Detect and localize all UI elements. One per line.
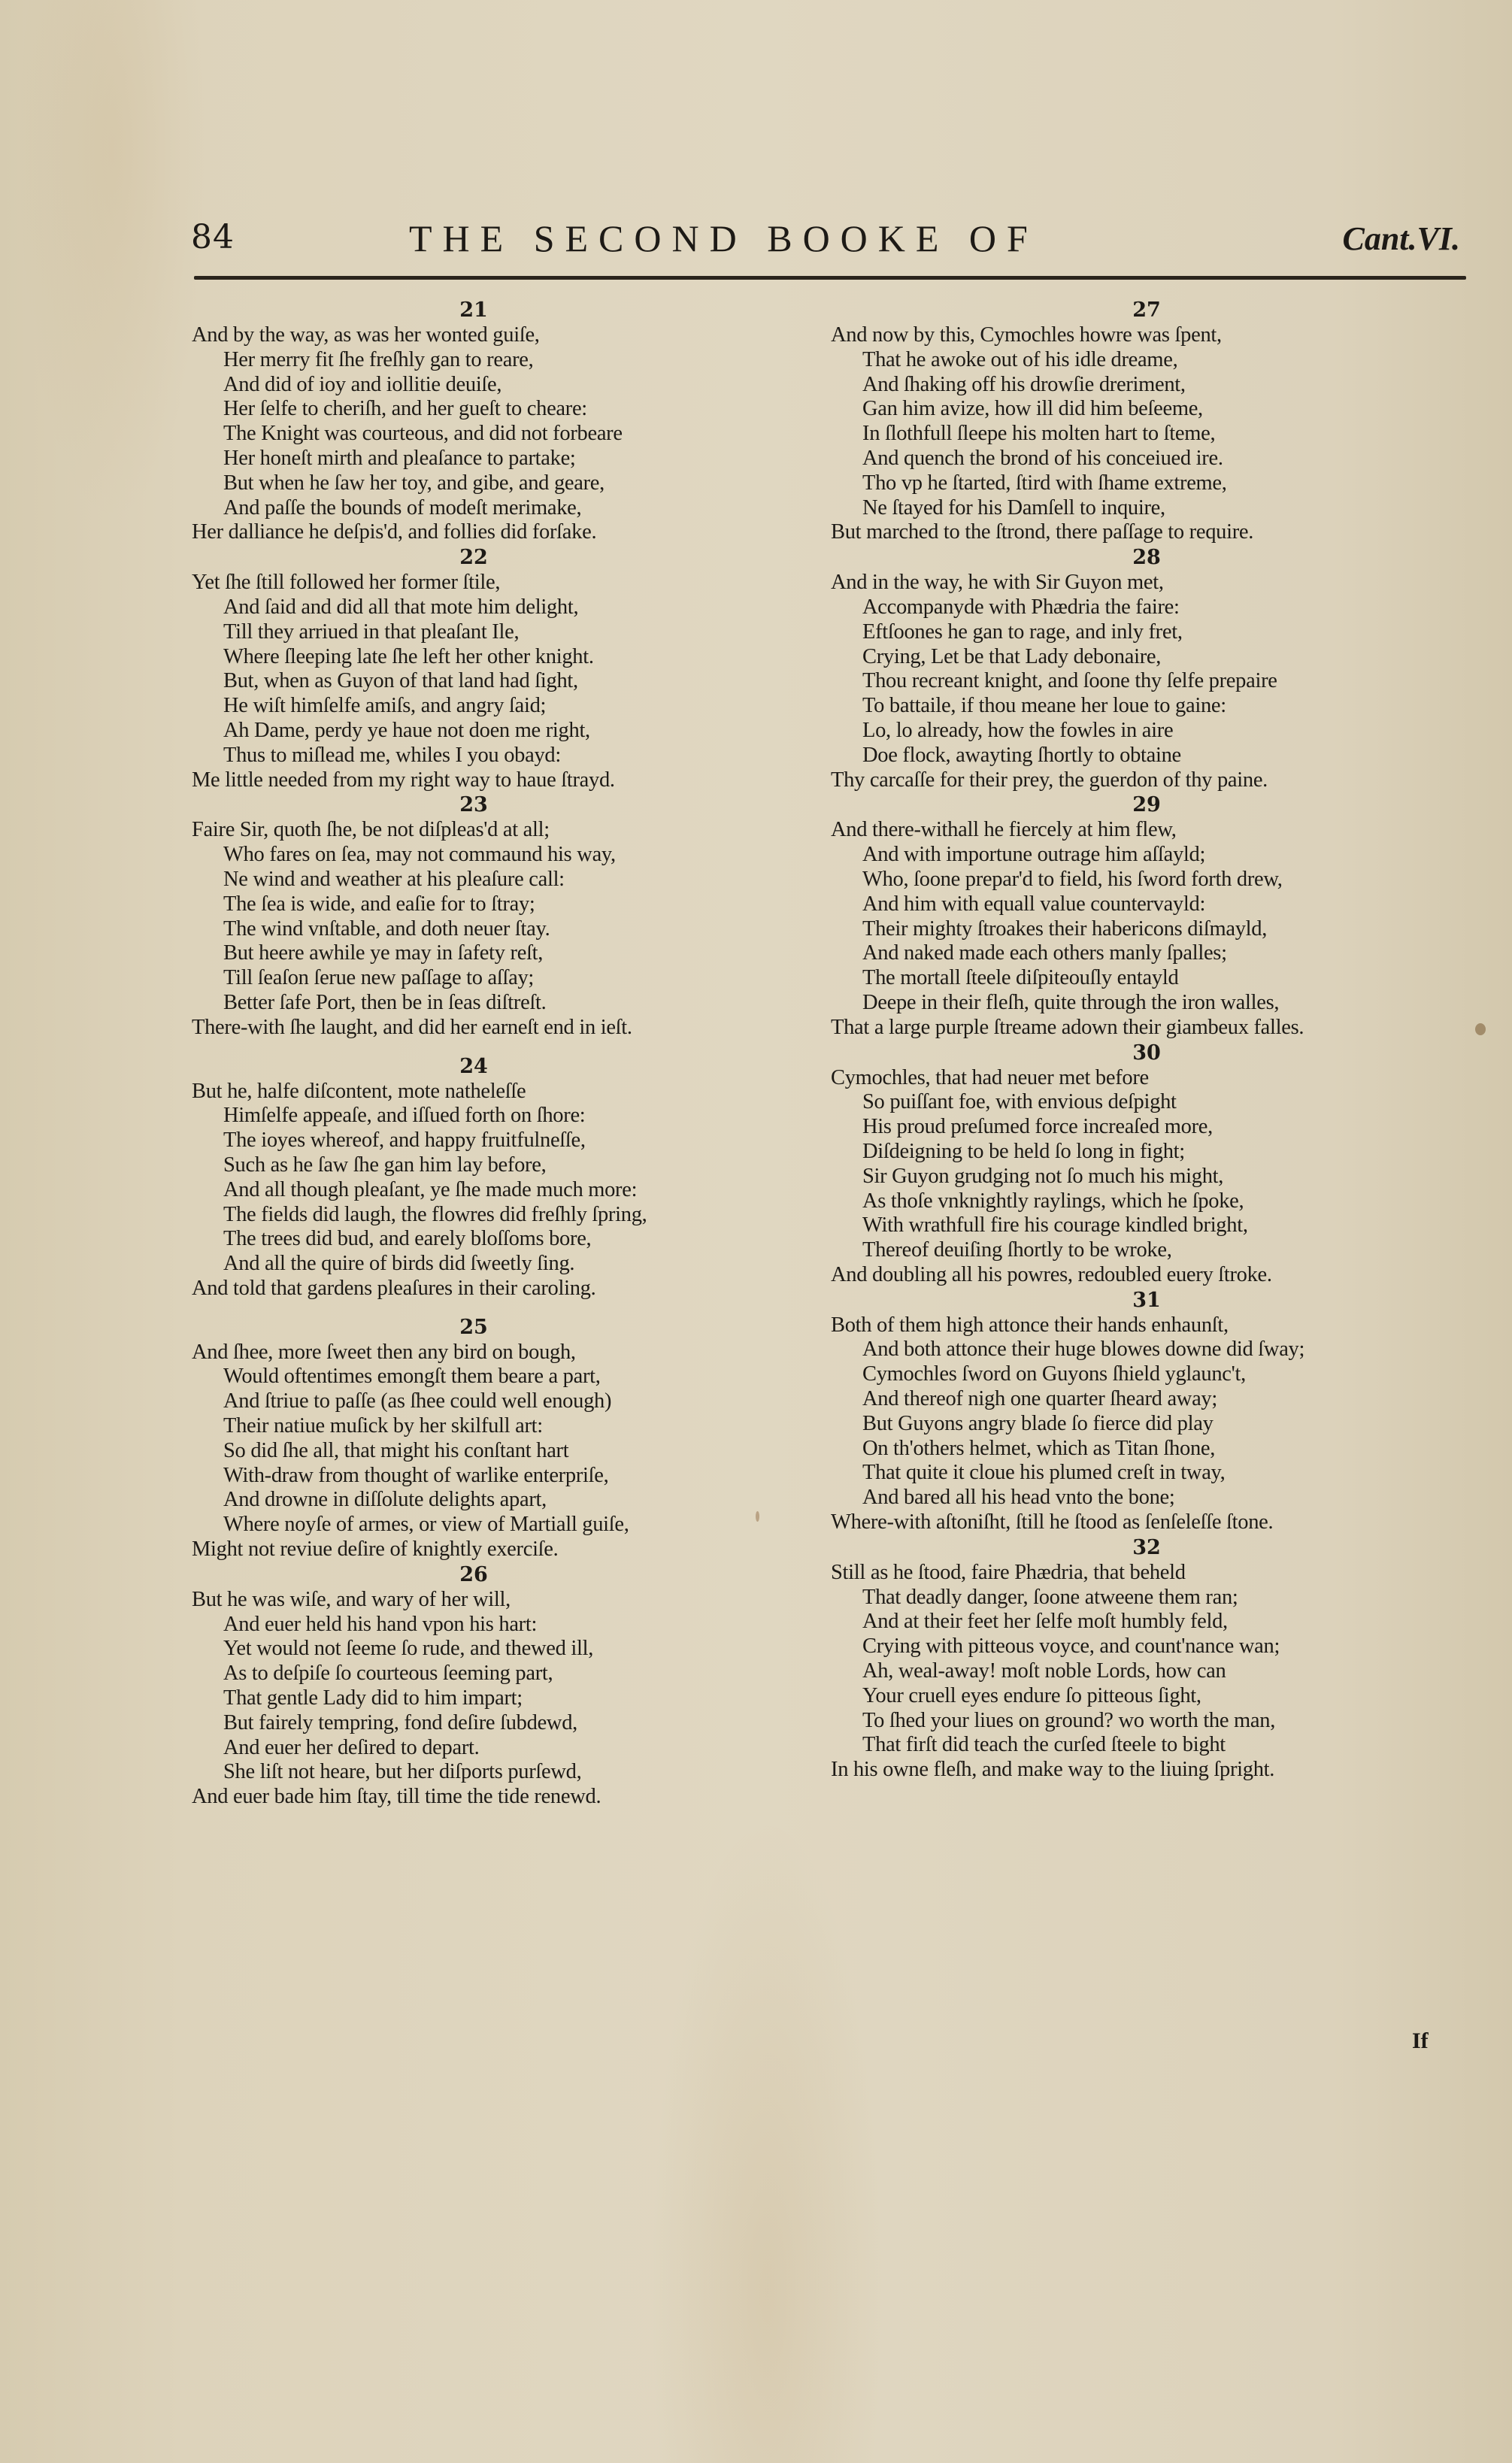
verse-line: And quench the brond of his conceiued ir… [831, 447, 1492, 471]
stanza: 25And ſhee, more ſweet then any bird on … [192, 1315, 786, 1562]
verse-line: That deadly danger, ſoone atweene them r… [831, 1586, 1492, 1610]
stanza: 30Cymochles, that had neuer met beforeSo… [831, 1041, 1492, 1288]
verse-line: But he, halfe diſcontent, mote natheleſſ… [192, 1080, 786, 1104]
stanza-number: 29 [801, 792, 1492, 818]
page-header: 84 THE SECOND BOOKE OF Cant.VI. [186, 211, 1465, 271]
verse-line: Sir Guyon grudging not ſo much his might… [831, 1165, 1492, 1189]
verse-line: And euer bade him ſtay, till time the ti… [192, 1785, 786, 1810]
verse-line: He wiſt himſelfe amiſs, and angry ſaid; [192, 694, 786, 719]
verse-line: But fairely tempring, fond deſire ſubdew… [192, 1711, 786, 1736]
stanza-number: 25 [162, 1315, 786, 1341]
canto-label: Cant.VI. [1342, 220, 1460, 258]
verse-line: And him with equall value countervayld: [831, 892, 1492, 917]
verse-line: That gentle Lady did to him impart; [192, 1686, 786, 1711]
verse-line: And ſhaking off his drowſie dreriment, [831, 373, 1492, 398]
verse-line: Who fares on ſea, may not commaund his w… [192, 843, 786, 868]
verse-line: So puiſſant foe, with envious deſpight [831, 1090, 1492, 1115]
verse-line: Would oftentimes emongſt them beare a pa… [192, 1365, 786, 1389]
verse-line: Accompanyde with Phædria the faire: [831, 595, 1492, 620]
verse-line: Your cruell eyes endure ſo pitteous ſigh… [831, 1684, 1492, 1709]
stanza: 21And by the way, as was her wonted guiſ… [192, 298, 786, 545]
verse-line: Thy carcaſſe for their prey, the guerdon… [831, 768, 1492, 793]
verse-line: The Knight was courteous, and did not fo… [192, 422, 786, 447]
verse-line: Still as he ſtood, faire Phædria, that b… [831, 1561, 1492, 1586]
verse-line: And euer held his hand vpon his hart: [192, 1613, 786, 1637]
stanza: 31Both of them high attonce their hands … [831, 1288, 1492, 1535]
verse-line: Yet ſhe ſtill followed her former ſtile, [192, 571, 786, 595]
verse-line: Lo, lo already, how the fowles in aire [831, 719, 1492, 744]
stanza-number: 22 [162, 545, 786, 571]
stanza: 32Still as he ſtood, faire Phædria, that… [831, 1535, 1492, 1783]
verse-line: Their mighty ſtroakes their habericons d… [831, 917, 1492, 942]
verse-line: The ſea is wide, and eaſie for to ſtray; [192, 892, 786, 917]
stanza: 26But he was wiſe, and wary of her will,… [192, 1562, 786, 1810]
stanza-number: 21 [162, 298, 786, 323]
verse-line: And drowne in diſſolute delights apart, [192, 1488, 786, 1513]
verse-line: As to deſpiſe ſo courteous ſeeming part, [192, 1662, 786, 1686]
verse-line: The wind vnſtable, and doth neuer ſtay. [192, 917, 786, 942]
verse-line: That firſt did teach the curſed ſteele t… [831, 1733, 1492, 1758]
verse-line: And by the way, as was her wonted guiſe, [192, 323, 786, 348]
verse-line: Both of them high attonce their hands en… [831, 1313, 1492, 1338]
verse-line: On th'others helmet, which as Titan ſhon… [831, 1437, 1492, 1462]
stanza-number: 30 [801, 1041, 1492, 1066]
stanza: 22Yet ſhe ſtill followed her former ſtil… [192, 545, 786, 792]
verse-line: Ne wind and weather at his pleaſure call… [192, 868, 786, 892]
stanza: 28And in the way, he with Sir Guyon met,… [831, 545, 1492, 792]
verse-line: To battaile, if thou meane her loue to g… [831, 694, 1492, 719]
verse-line: Thou recreant knight, and ſoone thy ſelf… [831, 669, 1492, 694]
verse-line: The ioyes whereof, and happy fruitfulneſ… [192, 1128, 786, 1153]
verse-line: Me little needed from my right way to ha… [192, 768, 786, 793]
verse-line: Where noyſe of armes, or view of Martial… [192, 1513, 786, 1537]
verse-line: But he was wiſe, and wary of her will, [192, 1588, 786, 1613]
verse-line: Himſelfe appeaſe, and iſſued forth on ſh… [192, 1104, 786, 1128]
verse-line: And ſaid and did all that mote him delig… [192, 595, 786, 620]
verse-line: And at their feet her ſelfe moſt humbly … [831, 1610, 1492, 1634]
verse-line: The trees did bud, and earely bloſſoms b… [192, 1227, 786, 1252]
verse-line: But marched to the ſtrond, there paſſage… [831, 520, 1492, 545]
verse-line: Such as he ſaw ſhe gan him lay before, [192, 1153, 786, 1178]
verse-line: Her honeſt mirth and pleaſance to partak… [192, 447, 786, 471]
paper-blemish [756, 1511, 759, 1522]
book-page: 84 THE SECOND BOOKE OF Cant.VI. 21And by… [0, 0, 1512, 2463]
verse-line: And thereof nigh one quarter ſheard away… [831, 1387, 1492, 1412]
stanza-number: 31 [801, 1288, 1492, 1313]
verse-line: And euer her deſired to depart. [192, 1736, 786, 1761]
verse-line: The fields did laugh, the flowres did fr… [192, 1203, 786, 1228]
verse-line: Their natiue muſick by her skilfull art: [192, 1414, 786, 1439]
verse-line: And all the quire of birds did ſweetly ſ… [192, 1252, 786, 1277]
verse-line: Where-with aſtoniſht, ſtill he ſtood as … [831, 1510, 1492, 1535]
verse-line: Ah, weal-away! moſt noble Lords, how can [831, 1659, 1492, 1684]
verse-line: Diſdeigning to be held ſo long in fight; [831, 1140, 1492, 1165]
verse-line: There-with ſhe laught, and did her earne… [192, 1016, 786, 1041]
stanza-number: 32 [801, 1535, 1492, 1561]
verse-line: Doe flock, awayting ſhortly to obtaine [831, 744, 1492, 768]
verse-line: Till they arriued in that pleaſant Ile, [192, 620, 786, 645]
verse-line: And ſtriue to paſſe (as ſhee could well … [192, 1389, 786, 1414]
verse-line: In his owne fleſh, and make way to the l… [831, 1758, 1492, 1783]
stanza-number: 24 [162, 1054, 786, 1080]
verse-line: Gan him avize, how ill did him beſeeme, [831, 397, 1492, 422]
verse-line: That he awoke out of his idle dreame, [831, 348, 1492, 373]
stanza: 29And there-withall he fiercely at him f… [831, 792, 1492, 1040]
left-column: 21And by the way, as was her wonted guiſ… [192, 298, 786, 1810]
stanza: 24But he, halfe diſcontent, mote nathele… [192, 1054, 786, 1301]
verse-line: And naked made each others manly ſpalles… [831, 941, 1492, 966]
verse-line: Faire Sir, quoth ſhe, be not diſpleas'd … [192, 818, 786, 843]
verse-line: Ne ſtayed for his Damſell to inquire, [831, 496, 1492, 521]
verse-line: Who, ſoone prepar'd to field, his ſword … [831, 868, 1492, 892]
verse-line: But when he ſaw her toy, and gibe, and g… [192, 471, 786, 496]
stanza-number: 23 [162, 792, 786, 818]
stanza: 27And now by this, Cymochles howre was ſ… [831, 298, 1492, 545]
verse-line: Crying, Let be that Lady debonaire, [831, 645, 1492, 670]
verse-line: Might not reviue deſire of knightly exer… [192, 1537, 786, 1562]
verse-line: Where ſleeping late ſhe left her other k… [192, 645, 786, 670]
verse-line: Better ſafe Port, then be in ſeas diſtre… [192, 991, 786, 1016]
verse-line: Thus to miſlead me, whiles I you obayd: [192, 744, 786, 768]
verse-line: Eftſoones he gan to rage, and inly fret, [831, 620, 1492, 645]
verse-line: And told that gardens pleaſures in their… [192, 1277, 786, 1301]
right-column: 27And now by this, Cymochles howre was ſ… [831, 298, 1492, 1783]
verse-line: And in the way, he with Sir Guyon met, [831, 571, 1492, 595]
stanza: 23Faire Sir, quoth ſhe, be not diſpleas'… [192, 792, 786, 1040]
verse-line: And both attonce their huge blowes downe… [831, 1338, 1492, 1362]
verse-line: But, when as Guyon of that land had ſigh… [192, 669, 786, 694]
verse-line: And there-withall he fiercely at him fle… [831, 818, 1492, 843]
verse-line: Yet would not ſeeme ſo rude, and thewed … [192, 1637, 786, 1662]
header-rule [194, 276, 1466, 280]
stanza-gap [192, 1041, 786, 1054]
verse-line: And all though pleaſant, ye ſhe made muc… [192, 1178, 786, 1203]
verse-line: And now by this, Cymochles howre was ſpe… [831, 323, 1492, 348]
verse-line: His proud preſumed force increaſed more, [831, 1115, 1492, 1140]
verse-line: Crying with pitteous voyce, and count'na… [831, 1634, 1492, 1659]
verse-line: Her merry fit ſhe freſhly gan to reare, [192, 348, 786, 373]
running-title: THE SECOND BOOKE OF [409, 217, 1038, 260]
verse-line: And bared all his head vnto the bone; [831, 1486, 1492, 1510]
verse-line: But heere awhile ye may in ſafety reſt, [192, 941, 786, 966]
verse-line: As thoſe vnknightly raylings, which he ſ… [831, 1189, 1492, 1214]
stanza-gap [192, 1301, 786, 1315]
verse-line: So did ſhe all, that might his conſtant … [192, 1439, 786, 1464]
verse-line: She liſt not heare, but her diſports pur… [192, 1760, 786, 1785]
verse-line: The mortall ſteele diſpiteouſly entayld [831, 966, 1492, 991]
verse-line: Her dalliance he deſpis'd, and follies d… [192, 520, 786, 545]
verse-line: That a large purple ſtreame adown their … [831, 1016, 1492, 1041]
verse-line: Cymochles, that had neuer met before [831, 1066, 1492, 1091]
verse-line: With-draw from thought of warlike enterp… [192, 1464, 786, 1489]
verse-line: That quite it cloue his plumed creſt in … [831, 1461, 1492, 1486]
verse-line: Deepe in their fleſh, quite through the … [831, 991, 1492, 1016]
paper-blemish [1475, 1023, 1486, 1035]
verse-line: But Guyons angry blade ſo fierce did pla… [831, 1412, 1492, 1437]
verse-line: Ah Dame, perdy ye haue not doen me right… [192, 719, 786, 744]
verse-line: Her ſelfe to cheriſh, and her gueſt to c… [192, 397, 786, 422]
verse-line: Tho vp he ſtarted, ſtird with ſhame extr… [831, 471, 1492, 496]
stanza-number: 26 [162, 1562, 786, 1588]
catchword: If [1412, 2028, 1429, 2054]
verse-line: And ſhee, more ſweet then any bird on bo… [192, 1341, 786, 1365]
verse-line: Thereof deuiſing ſhortly to be wroke, [831, 1238, 1492, 1263]
page-number: 84 [191, 218, 235, 256]
stanza-number: 27 [801, 298, 1492, 323]
verse-line: And paſſe the bounds of modeſt merimake, [192, 496, 786, 521]
verse-line: Cymochles ſword on Guyons ſhield yglaunc… [831, 1362, 1492, 1387]
verse-line: Till ſeaſon ſerue new paſſage to aſſay; [192, 966, 786, 991]
verse-line: With wrathfull fire his courage kindled … [831, 1213, 1492, 1238]
stanza-number: 28 [801, 545, 1492, 571]
verse-line: In ſlothfull ſleepe his molten hart to ſ… [831, 422, 1492, 447]
verse-line: To ſhed your liues on ground? wo worth t… [831, 1709, 1492, 1734]
verse-line: And with importune outrage him aſſayld; [831, 843, 1492, 868]
verse-line: And doubling all his powres, redoubled e… [831, 1263, 1492, 1288]
verse-line: And did of ioy and iollitie deuiſe, [192, 373, 786, 398]
